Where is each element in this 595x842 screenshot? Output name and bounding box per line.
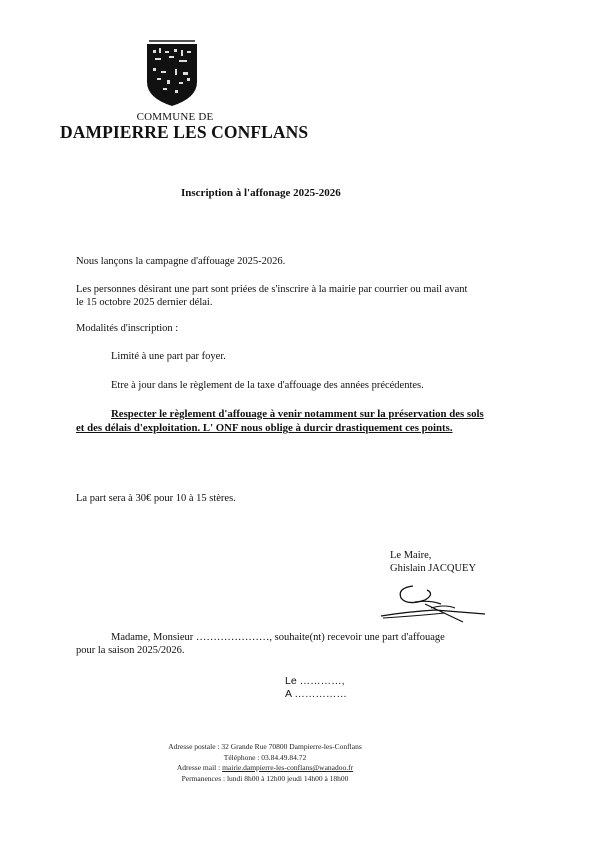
form-season-line: pour la saison 2025/2026. [76, 644, 185, 657]
commune-name: DAMPIERRE LES CONFLANS [60, 122, 308, 143]
signatory-role: Le Maire, [390, 549, 431, 562]
modalities-label: Modalités d'inscription : [76, 322, 178, 335]
handwritten-signature-icon [375, 578, 495, 623]
postal-address: Adresse postale : 32 Grande Rue 70800 Da… [140, 742, 390, 753]
registration-line-1: Les personnes désirant une part sont pri… [76, 283, 467, 296]
warning-line-2: et des délais d'exploitation. L' ONF nou… [76, 421, 453, 435]
place-field-label: A …………… [285, 688, 347, 700]
phone-number: Téléphone : 03.84.49.84.72 [140, 753, 390, 764]
coat-of-arms-icon [141, 38, 203, 108]
modality-item: Limité à une part par foyer. [111, 350, 226, 363]
registration-line-2: le 15 octobre 2025 dernier délai. [76, 296, 467, 309]
date-field-label: Le …………, [285, 675, 345, 687]
signatory-name: Ghislain JACQUEY [390, 562, 476, 575]
form-request-line: Madame, Monsieur …………………, souhaite(nt) r… [111, 631, 445, 644]
email-link[interactable]: mairie.dampierre-les-conflans@wanadoo.fr [222, 763, 353, 772]
email-line: Adresse mail : mairie.dampierre-les-conf… [140, 763, 390, 774]
intro-paragraph: Nous lançons la campagne d'affouage 2025… [76, 255, 285, 268]
price-statement: La part sera à 30€ pour 10 à 15 stères. [76, 492, 236, 505]
warning-line-1: Respecter le règlement d'affouage à veni… [111, 407, 484, 421]
registration-paragraph: Les personnes désirant une part sont pri… [76, 283, 467, 309]
office-hours: Permanences : lundi 8h00 à 12h00 jeudi 1… [140, 774, 390, 785]
modality-item: Etre à jour dans le règlement de la taxe… [111, 379, 424, 392]
document-title: Inscription à l'affonage 2025-2026 [181, 187, 341, 199]
email-label: Adresse mail : [177, 763, 222, 772]
footer-contact: Adresse postale : 32 Grande Rue 70800 Da… [140, 742, 390, 784]
